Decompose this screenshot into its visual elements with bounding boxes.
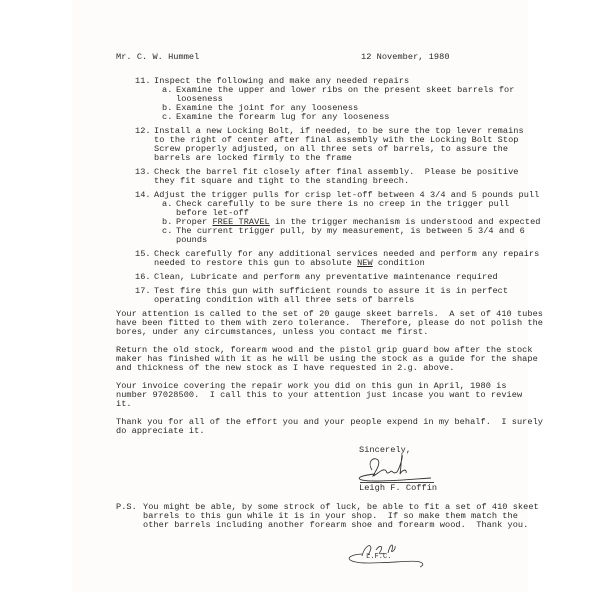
signature-name: Leigh F. Coffin bbox=[359, 484, 437, 493]
subitem-text: Examine the forearm lug for any loosenes… bbox=[176, 113, 390, 122]
letter-date: 12 November, 1980 bbox=[361, 53, 450, 62]
subitem-label: a. bbox=[162, 86, 172, 95]
new-underlined: NEW bbox=[357, 258, 373, 268]
subitem-text: Examine the upper and lower ribs on the … bbox=[176, 86, 514, 95]
subitem-label: c. bbox=[162, 227, 172, 236]
item-number: 13. bbox=[135, 168, 151, 177]
item-text: they fit square and tight to the standin… bbox=[154, 177, 409, 186]
item-number: 14. bbox=[135, 191, 151, 200]
item-text: barrels are locked firmly to the frame bbox=[154, 154, 352, 163]
item-text: operating condition with all three sets … bbox=[154, 296, 414, 305]
subitem-text: The current trigger pull, by my measurem… bbox=[176, 227, 525, 236]
item-number: 17. bbox=[135, 287, 151, 296]
subitem-text: pounds bbox=[176, 236, 207, 245]
recipient: Mr. C. W. Hummel bbox=[116, 53, 199, 62]
signature-icon bbox=[345, 454, 445, 484]
item-text: Clean, Lubricate and perform any prevent… bbox=[154, 273, 498, 282]
initials: L.F.C. bbox=[366, 553, 392, 562]
item-number: 12. bbox=[135, 127, 151, 136]
subitem-label: a. bbox=[162, 200, 172, 209]
subitem-label: c. bbox=[162, 113, 172, 122]
ps-label: P.S. bbox=[116, 503, 137, 512]
item-text: needed to restore this gun to absolute N… bbox=[154, 259, 425, 268]
item-number: 16. bbox=[135, 273, 151, 282]
item-number: 11. bbox=[135, 77, 151, 86]
item-number: 15. bbox=[135, 250, 151, 259]
